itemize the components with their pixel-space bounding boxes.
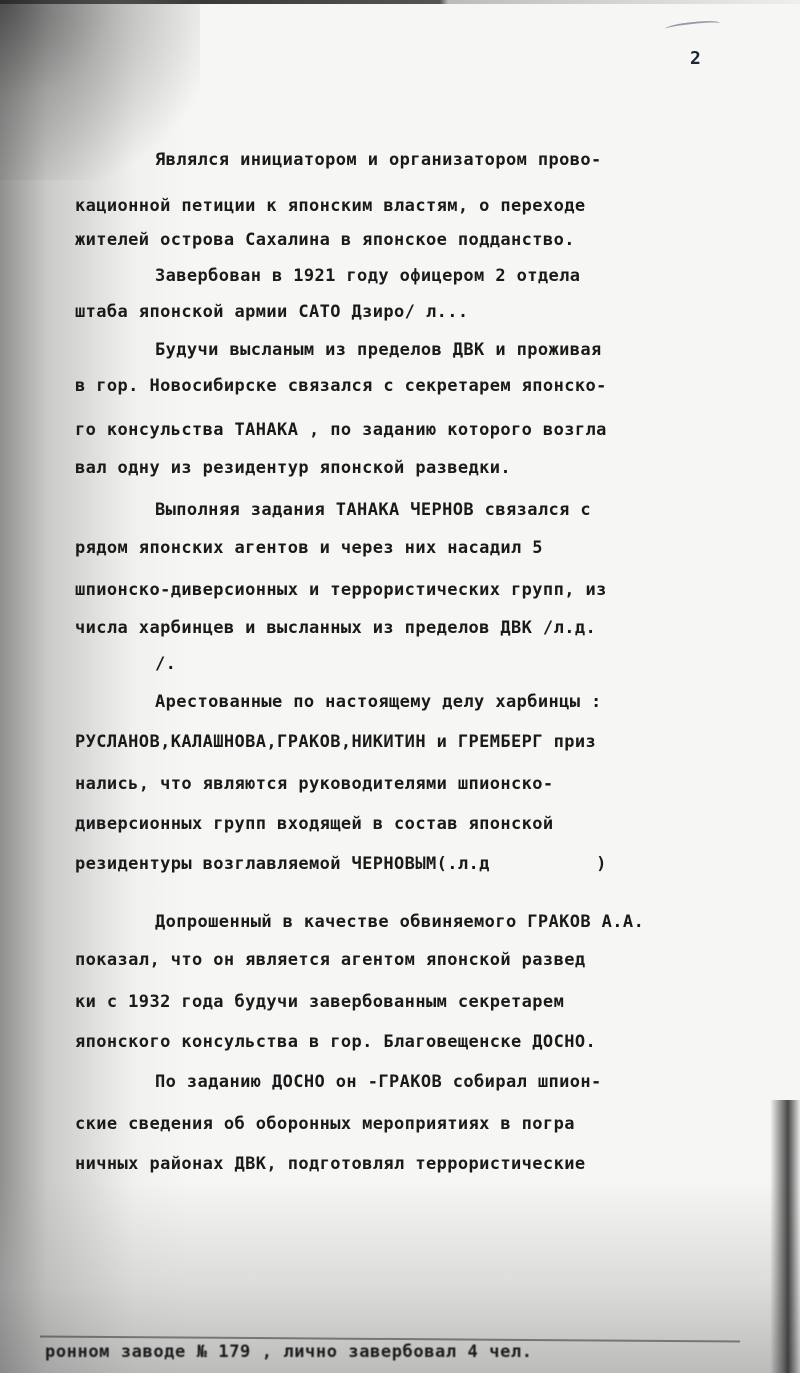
text-line: Завербован в 1921 году офицером 2 отдела	[155, 266, 580, 286]
text-line: японского консульства в гор. Благовещенс…	[75, 1032, 596, 1052]
text-line: ничных районах ДВК, подготовлял террорис…	[75, 1154, 585, 1174]
scan-binding-edge	[770, 1100, 800, 1373]
handwritten-mark	[665, 19, 721, 33]
text-line: нались, что являются руководителями шпио…	[75, 774, 554, 794]
text-line: рядом японских агентов и через них насад…	[75, 538, 543, 558]
text-line: РУСЛАНОВ,КАЛАШНОВА,ГРАКОВ,НИКИТИН и ГРЕМ…	[75, 732, 596, 752]
text-line: показал, что он является агентом японско…	[75, 950, 585, 970]
text-line: Арестованные по настоящему делу харбинцы…	[155, 692, 602, 712]
text-line: Выполняя задания ТАНАКА ЧЕРНОВ связался …	[155, 500, 591, 520]
text-line: штаба японской армии САТО Дзиро/ л...	[75, 302, 469, 322]
text-line: вал одну из резидентур японской разведки…	[75, 458, 511, 478]
text-line: Будучи высланым из пределов ДВК и прожив…	[155, 340, 602, 360]
text-line: числа харбинцев и высланных из пределов …	[75, 618, 596, 638]
text-line: го консульства ТАНАКА , по заданию котор…	[75, 420, 607, 440]
text-line: шпионско-диверсионных и террористических…	[75, 580, 607, 600]
text-line: резидентуры возглавляемой ЧЕРНОВЫМ(.л.д …	[75, 854, 607, 874]
text-line: Являлся инициатором и организатором пров…	[155, 150, 602, 170]
text-line: кационной петиции к японским властям, о …	[75, 196, 585, 216]
text-line: жителей острова Сахалина в японское подд…	[75, 230, 575, 250]
text-line: Допрошенный в качестве обвиняемого ГРАКО…	[155, 912, 644, 932]
text-line: ки с 1932 года будучи завербованным секр…	[75, 992, 564, 1012]
text-line: /.	[155, 654, 176, 674]
page-number: 2	[690, 48, 701, 69]
text-line: По заданию ДОСНО он -ГРАКОВ собирал шпио…	[155, 1072, 602, 1092]
text-line: в гор. Новосибирске связался с секретаре…	[75, 376, 607, 396]
text-line: ские сведения об оборонных мероприятиях …	[75, 1114, 575, 1134]
text-line: диверсионных групп входящей в состав япо…	[75, 814, 554, 834]
footer-partial-line: ронном заводе № 179 , лично завербовал 4…	[45, 1342, 533, 1362]
